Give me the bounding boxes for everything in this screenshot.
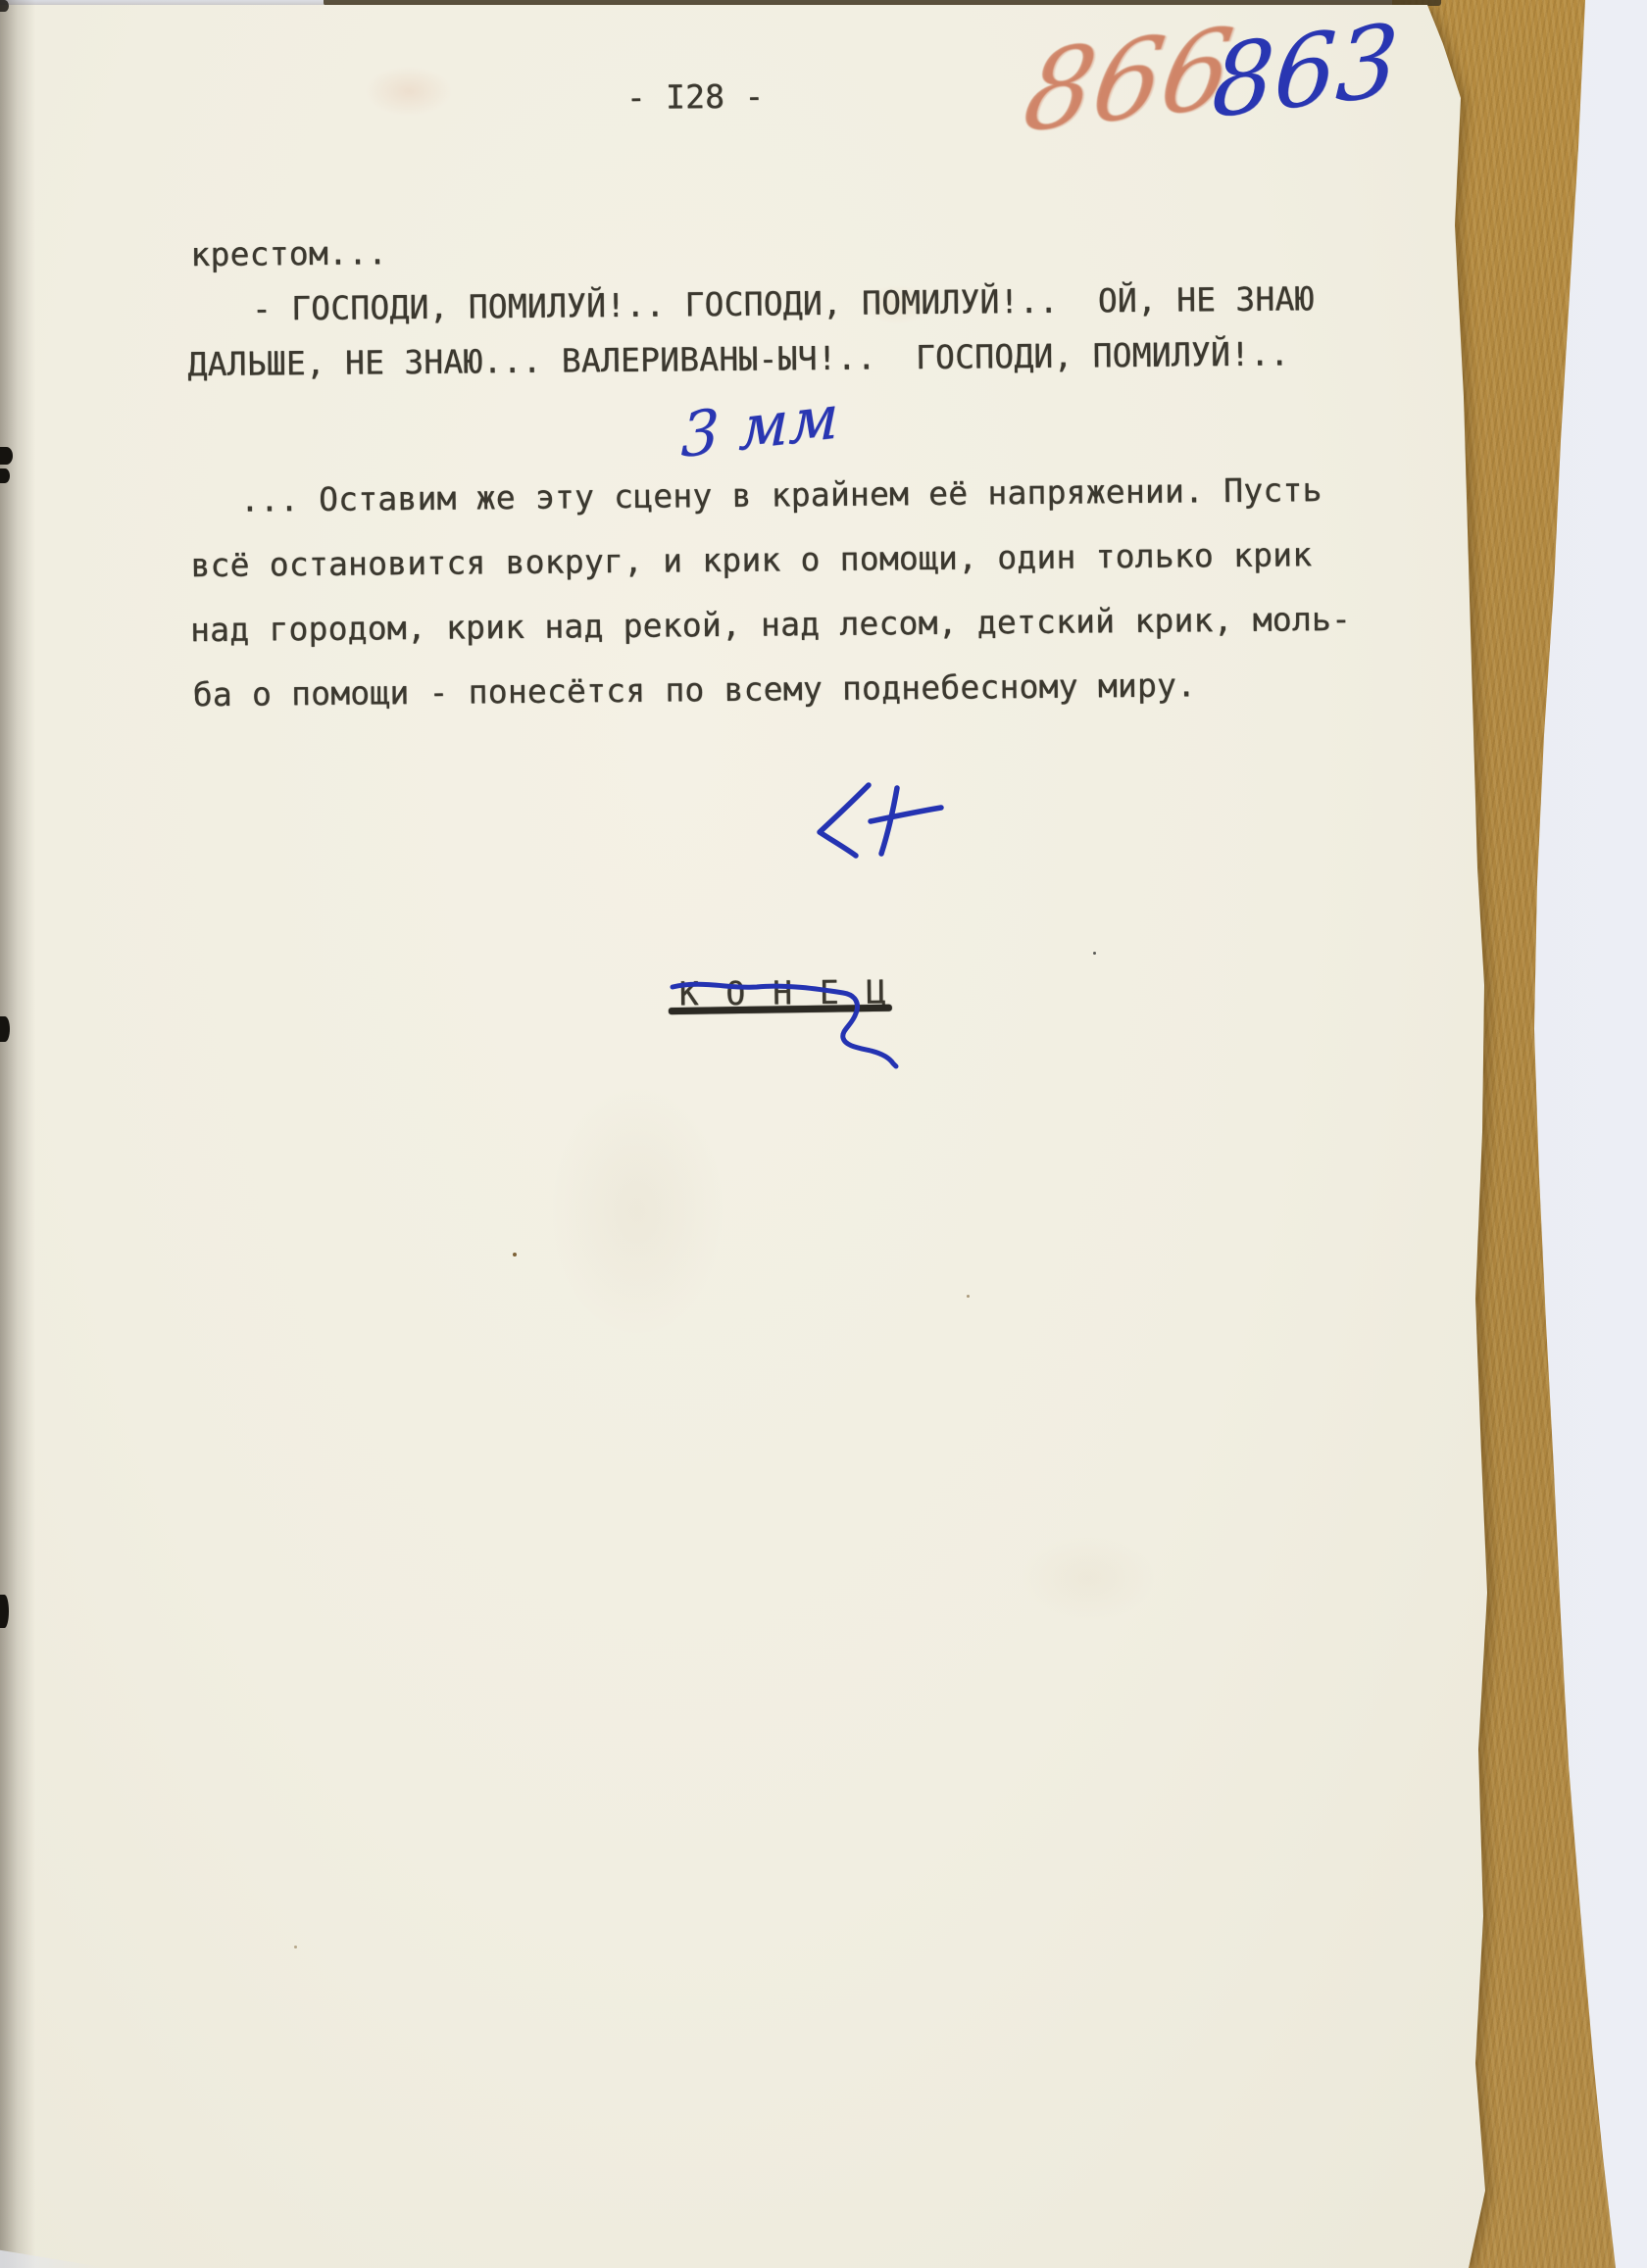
binding-mark xyxy=(0,0,9,12)
scan-root: { "document": { "page_number": "- I28 -"… xyxy=(0,0,1647,2268)
typed-line: крестом... xyxy=(190,233,387,274)
binding-mark xyxy=(0,468,10,483)
typed-line: ... Оставим же эту сцену в крайнем её на… xyxy=(240,470,1323,520)
typed-text-layer: - I28 - крестом... - ГОСПОДИ, ПОМИЛУЙ!..… xyxy=(0,0,1647,2268)
typed-line: ДАЛЬШЕ, НЕ ЗНАЮ... ВАЛЕРИВАНЫ-ЫЧ!.. ГОСП… xyxy=(187,334,1289,384)
typed-line: над городом, крик над рекой, над лесом, … xyxy=(190,600,1351,650)
blue-pen-number: 863 xyxy=(1210,2,1402,141)
binding-mark xyxy=(0,1016,10,1042)
typed-line: всё остановится вокруг, и крик о помощи,… xyxy=(190,535,1312,585)
binding-mark xyxy=(0,447,13,465)
page-number: - I28 - xyxy=(626,77,765,118)
typed-line: - ГОСПОДИ, ПОМИЛУЙ!.. ГОСПОДИ, ПОМИЛУЙ!.… xyxy=(252,279,1315,328)
left-edge-shadow xyxy=(0,0,35,2268)
typed-line: ба о помощи - понесётся по всему поднебе… xyxy=(193,666,1197,715)
binding-mark xyxy=(0,1595,9,1628)
